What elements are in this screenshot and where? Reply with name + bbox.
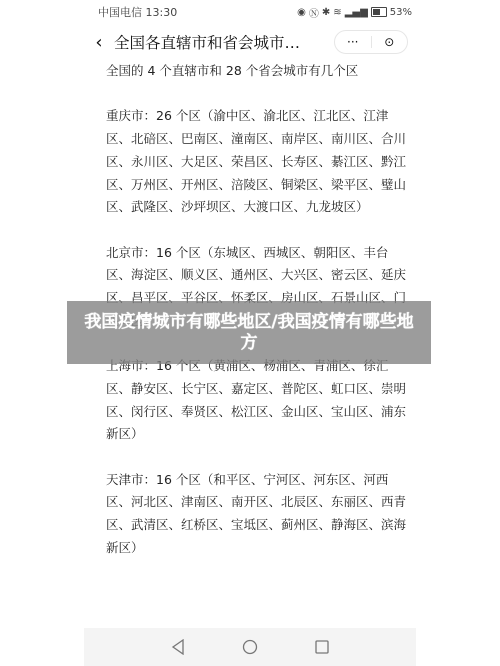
page-title: 全国各直辖市和省会城市… — [114, 31, 334, 53]
nav-recents-button[interactable] — [311, 636, 333, 658]
home-circle-icon — [242, 639, 258, 655]
status-bar: 中国电信 13:30 ◉ Ⓝ ✱ ≋ ▂▄▆ 53% — [98, 4, 412, 20]
carrier-time: 中国电信 13:30 — [98, 4, 177, 20]
paragraph-chongqing: 重庆市：26 个区（渝中区、渝北区、江北区、江津区、北碚区、巴南区、潼南区、南岸… — [106, 105, 406, 219]
signal-icon: ▂▄▆ — [345, 7, 368, 18]
eye-icon: ◉ — [297, 7, 306, 18]
paragraph-shanghai: 上海市：16 个区（黄浦区、杨浦区、青浦区、徐汇区、静安区、长宁区、嘉定区、普陀… — [106, 355, 406, 446]
status-icons: ◉ Ⓝ ✱ ≋ ▂▄▆ 53% — [297, 5, 412, 20]
caption-overlay: 我国疫情城市有哪些地区/我国疫情有哪些地方 — [67, 301, 431, 364]
paragraph-tianjin: 天津市：16 个区（和平区、宁河区、河东区、河西区、河北区、津南区、南开区、北辰… — [106, 469, 406, 560]
caption-text: 我国疫情城市有哪些地区/我国疫情有哪些地方 — [79, 312, 419, 354]
nav-back-button[interactable] — [167, 636, 189, 658]
close-button[interactable]: ⊙ — [372, 35, 408, 49]
battery-icon — [371, 7, 387, 17]
nfc-icon: Ⓝ — [309, 5, 319, 20]
recents-square-icon — [315, 640, 329, 654]
more-button[interactable]: ··· — [335, 35, 371, 49]
battery-percent: 53% — [390, 7, 412, 18]
system-nav-bar — [84, 628, 416, 666]
back-triangle-icon — [171, 639, 185, 655]
back-button[interactable]: ‹ — [84, 32, 114, 53]
intro-text: 全国的 4 个直辖市和 28 个省会城市有几个区 — [106, 60, 406, 83]
bluetooth-icon: ✱ — [322, 7, 330, 18]
miniprogram-capsule: ··· ⊙ — [334, 30, 408, 54]
nav-home-button[interactable] — [239, 636, 261, 658]
wifi-icon: ≋ — [333, 7, 341, 18]
page-header: ‹ 全国各直辖市和省会城市… ··· ⊙ — [84, 28, 416, 56]
